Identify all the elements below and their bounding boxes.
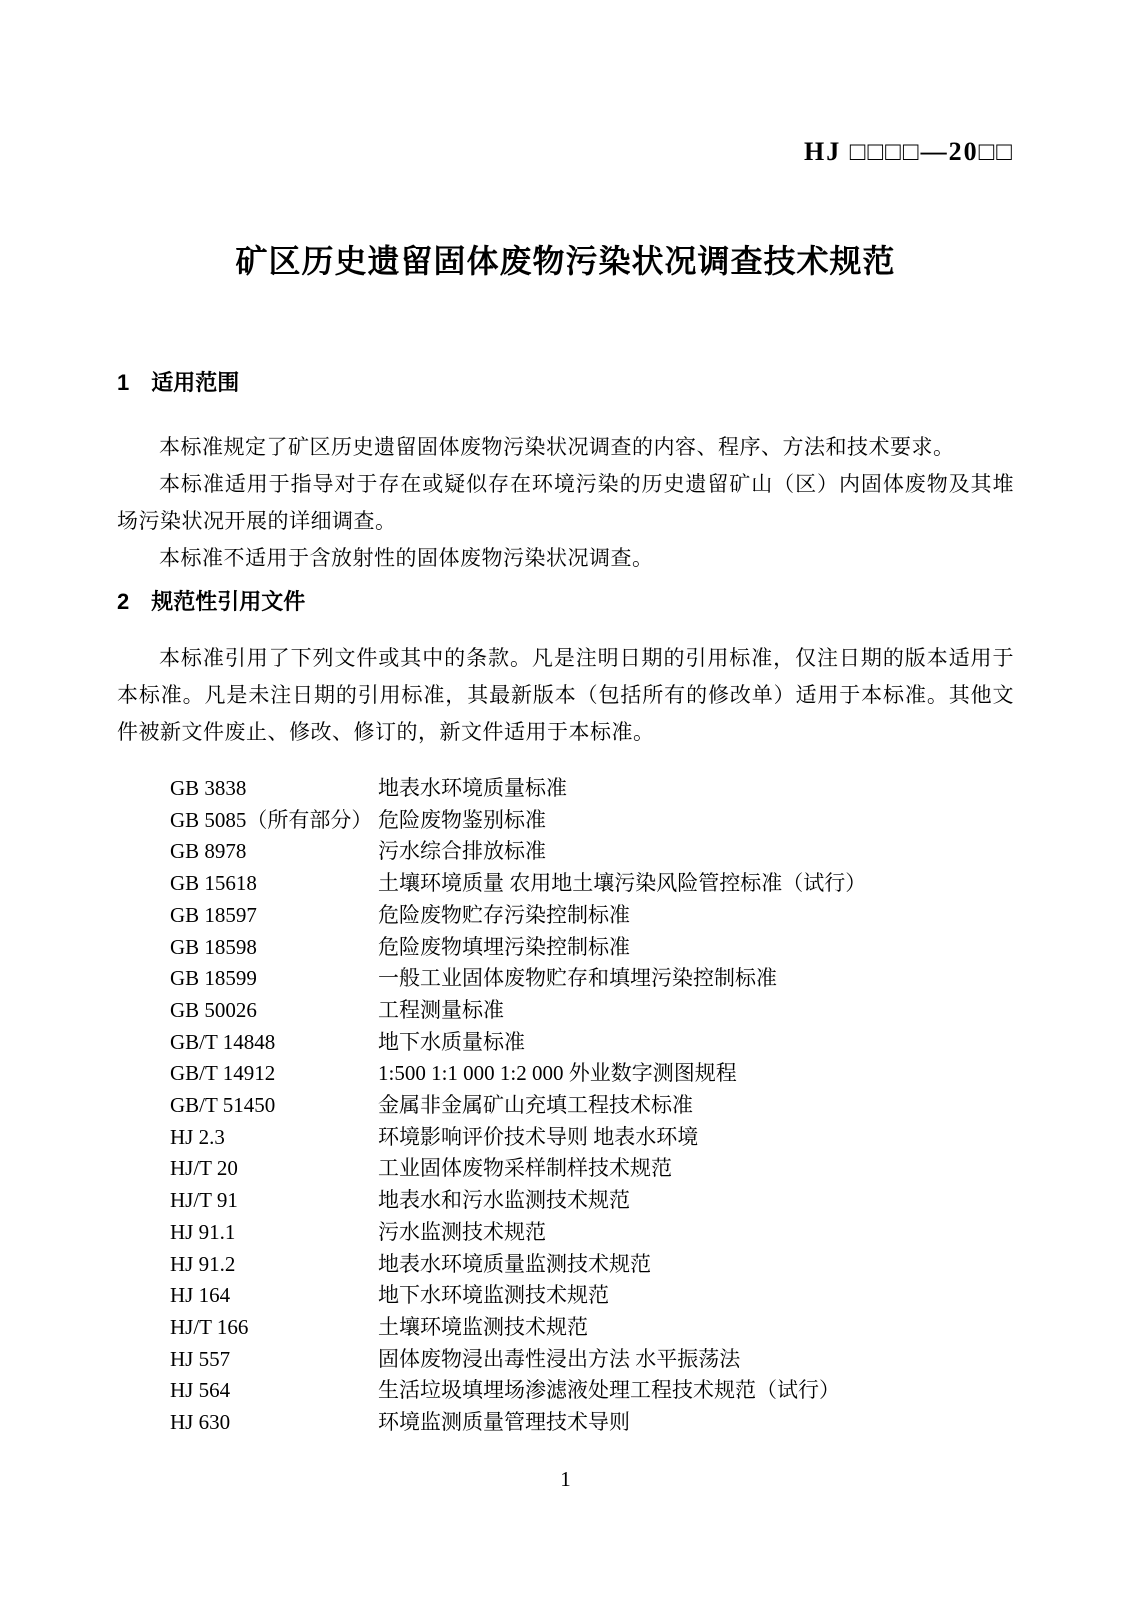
reference-title: 1:500 1:1 000 1:2 000 外业数字测图规程 [378,1058,737,1090]
reference-code: GB 18597 [170,900,378,932]
reference-title: 一般工业固体废物贮存和填埋污染控制标准 [378,963,777,995]
reference-row: GB 18598危险废物填埋污染控制标准 [117,932,1014,964]
reference-title: 污水监测技术规范 [378,1217,546,1249]
reference-code: GB 15618 [170,868,378,900]
reference-code: GB 18598 [170,932,378,964]
reference-title: 土壤环境质量 农用地土壤污染风险管控标准（试行） [378,868,866,900]
reference-title: 危险废物贮存污染控制标准 [378,900,630,932]
section-2-number: 2 [117,587,129,617]
reference-title: 环境监测质量管理技术导则 [378,1407,630,1439]
section-1-heading: 1适用范围 [117,368,1014,398]
reference-title: 工程测量标准 [378,995,504,1027]
reference-title: 地下水质量标准 [378,1027,525,1059]
reference-code: GB 3838 [170,773,378,805]
reference-title: 地表水环境质量监测技术规范 [378,1249,651,1281]
reference-row: GB 15618土壤环境质量 农用地土壤污染风险管控标准（试行） [117,868,1014,900]
reference-code: GB/T 14848 [170,1027,378,1059]
reference-row: GB 50026工程测量标准 [117,995,1014,1027]
reference-code: HJ 91.2 [170,1249,378,1281]
document-title: 矿区历史遗留固体废物污染状况调查技术规范 [117,240,1014,282]
paragraph: 本标准不适用于含放射性的固体废物污染状况调查。 [117,540,1014,577]
reference-title: 地下水环境监测技术规范 [378,1280,609,1312]
reference-code: HJ 2.3 [170,1122,378,1154]
reference-row: GB 3838地表水环境质量标准 [117,773,1014,805]
references-list: GB 3838地表水环境质量标准 GB 5085（所有部分）危险废物鉴别标准 G… [117,773,1014,1439]
reference-row: HJ 2.3环境影响评价技术导则 地表水环境 [117,1122,1014,1154]
section-2-label: 规范性引用文件 [151,589,305,614]
reference-row: GB/T 14848地下水质量标准 [117,1027,1014,1059]
reference-title: 危险废物填埋污染控制标准 [378,932,630,964]
reference-title: 地表水和污水监测技术规范 [378,1185,630,1217]
reference-row: HJ/T 20工业固体废物采样制样技术规范 [117,1153,1014,1185]
reference-code: HJ 630 [170,1407,378,1439]
reference-row: GB 8978污水综合排放标准 [117,836,1014,868]
page-number: 1 [0,1466,1131,1492]
document-page: HJ □□□□—20□□ 矿区历史遗留固体废物污染状况调查技术规范 1适用范围 … [0,0,1131,1600]
reference-title: 金属非金属矿山充填工程技术标准 [378,1090,693,1122]
reference-code: HJ 164 [170,1280,378,1312]
reference-title: 固体废物浸出毒性浸出方法 水平振荡法 [378,1344,740,1376]
reference-title: 危险废物鉴别标准 [378,805,546,837]
section-2-heading: 2规范性引用文件 [117,587,1014,617]
reference-row: GB/T 149121:500 1:1 000 1:2 000 外业数字测图规程 [117,1058,1014,1090]
reference-row: GB/T 51450金属非金属矿山充填工程技术标准 [117,1090,1014,1122]
section-1-number: 1 [117,368,129,398]
reference-row: HJ 557固体废物浸出毒性浸出方法 水平振荡法 [117,1344,1014,1376]
reference-title: 土壤环境监测技术规范 [378,1312,588,1344]
paragraph: 本标准引用了下列文件或其中的条款。凡是注明日期的引用标准，仅注日期的版本适用于本… [117,640,1014,751]
reference-row: HJ/T 166土壤环境监测技术规范 [117,1312,1014,1344]
reference-code: HJ 564 [170,1375,378,1407]
paragraph: 本标准适用于指导对于存在或疑似存在环境污染的历史遗留矿山（区）内固体废物及其堆场… [117,466,1014,540]
section-1-label: 适用范围 [151,370,239,395]
reference-code: GB 50026 [170,995,378,1027]
reference-code: HJ/T 91 [170,1185,378,1217]
reference-code: HJ/T 166 [170,1312,378,1344]
reference-title: 污水综合排放标准 [378,836,546,868]
reference-code: GB 18599 [170,963,378,995]
standard-number: HJ □□□□—20□□ [117,136,1014,168]
reference-row: HJ 630环境监测质量管理技术导则 [117,1407,1014,1439]
reference-code: GB 5085（所有部分） [170,805,378,837]
reference-row: HJ/T 91地表水和污水监测技术规范 [117,1185,1014,1217]
section-1-body: 本标准规定了矿区历史遗留固体废物污染状况调查的内容、程序、方法和技术要求。 本标… [117,429,1014,577]
reference-code: GB/T 14912 [170,1058,378,1090]
reference-code: HJ 91.1 [170,1217,378,1249]
reference-title: 环境影响评价技术导则 地表水环境 [378,1122,698,1154]
reference-title: 地表水环境质量标准 [378,773,567,805]
reference-title: 工业固体废物采样制样技术规范 [378,1153,672,1185]
reference-title: 生活垃圾填埋场渗滤液处理工程技术规范（试行） [378,1375,840,1407]
reference-row: HJ 564生活垃圾填埋场渗滤液处理工程技术规范（试行） [117,1375,1014,1407]
reference-code: HJ/T 20 [170,1153,378,1185]
reference-row: HJ 91.1污水监测技术规范 [117,1217,1014,1249]
paragraph: 本标准规定了矿区历史遗留固体废物污染状况调查的内容、程序、方法和技术要求。 [117,429,1014,466]
reference-row: GB 5085（所有部分）危险废物鉴别标准 [117,805,1014,837]
reference-code: HJ 557 [170,1344,378,1376]
reference-row: HJ 91.2地表水环境质量监测技术规范 [117,1249,1014,1281]
reference-row: GB 18599一般工业固体废物贮存和填埋污染控制标准 [117,963,1014,995]
reference-row: GB 18597危险废物贮存污染控制标准 [117,900,1014,932]
reference-row: HJ 164地下水环境监测技术规范 [117,1280,1014,1312]
reference-code: GB 8978 [170,836,378,868]
reference-code: GB/T 51450 [170,1090,378,1122]
section-2-body: 本标准引用了下列文件或其中的条款。凡是注明日期的引用标准，仅注日期的版本适用于本… [117,640,1014,751]
